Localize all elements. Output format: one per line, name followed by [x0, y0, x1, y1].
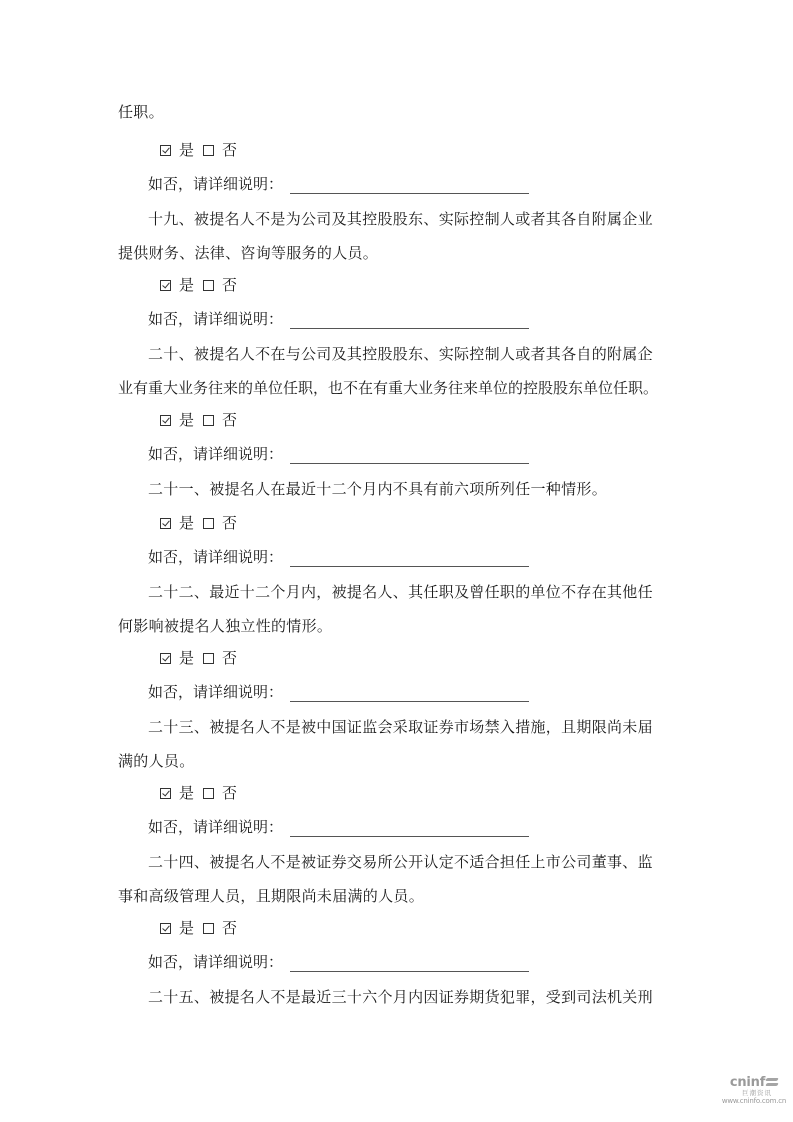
- yes-checkbox-checked-icon[interactable]: [160, 145, 171, 156]
- no-checkbox-icon[interactable]: [203, 653, 214, 664]
- explain-label: 如否，请详细说明：: [148, 444, 283, 464]
- yes-checkbox-checked-icon[interactable]: [160, 653, 171, 664]
- logo-url: www.cninfo.com.cn: [718, 1097, 790, 1106]
- explain-row-20: 如否，请详细说明：: [148, 444, 529, 464]
- no-label: 否: [222, 410, 237, 430]
- explain-label: 如否，请详细说明：: [148, 817, 283, 837]
- item-22-line-1: 二十二、最近十二个月内，被提名人、其任职及曾任职的单位不存在其他任: [148, 582, 713, 602]
- no-checkbox-icon[interactable]: [203, 415, 214, 426]
- item-23-line-2: 满的人员。: [118, 751, 683, 771]
- answer-row-22: 是 否: [160, 648, 246, 668]
- yes-label: 是: [179, 783, 194, 803]
- no-label: 否: [222, 918, 237, 938]
- item-19-line-2: 提供财务、法律、咨询等服务的人员。: [118, 243, 683, 263]
- answer-row-20: 是 否: [160, 410, 246, 430]
- yes-checkbox-checked-icon[interactable]: [160, 518, 171, 529]
- explain-blank-field[interactable]: [290, 956, 529, 972]
- answer-row-23: 是 否: [160, 783, 246, 803]
- answer-row-24: 是 否: [160, 918, 246, 938]
- cninfo-watermark-logo: cninf 巨潮资讯 www.cninfo.com.cn: [718, 1076, 790, 1106]
- yes-label: 是: [179, 140, 194, 160]
- yes-checkbox-checked-icon[interactable]: [160, 415, 171, 426]
- item-22-line-2: 何影响被提名人独立性的情形。: [118, 616, 683, 636]
- explain-row-19: 如否，请详细说明：: [148, 309, 529, 329]
- item-25-line-1: 二十五、被提名人不是最近三十六个月内因证券期货犯罪，受到司法机关刑: [148, 987, 713, 1007]
- paragraph-continuation: 任职。: [118, 102, 683, 122]
- item-20-line-1: 二十、被提名人不在与公司及其控股股东、实际控制人或者其各自的附属企: [148, 344, 713, 364]
- no-label: 否: [222, 783, 237, 803]
- answer-row-19: 是 否: [160, 275, 246, 295]
- item-23-line-1: 二十三、被提名人不是被中国证监会采取证券市场禁入措施，且期限尚未届: [148, 717, 713, 737]
- no-checkbox-icon[interactable]: [203, 788, 214, 799]
- explain-label: 如否，请详细说明：: [148, 682, 283, 702]
- item-24-line-2: 事和高级管理人员，且期限尚未届满的人员。: [118, 886, 683, 906]
- logo-brand: cninf: [718, 1076, 790, 1089]
- yes-label: 是: [179, 275, 194, 295]
- yes-checkbox-checked-icon[interactable]: [160, 788, 171, 799]
- explain-row-23: 如否，请详细说明：: [148, 817, 529, 837]
- yes-checkbox-checked-icon[interactable]: [160, 280, 171, 291]
- yes-label: 是: [179, 648, 194, 668]
- explain-blank-field[interactable]: [290, 313, 529, 329]
- explain-row-24: 如否，请详细说明：: [148, 952, 529, 972]
- explain-row-18: 如否，请详细说明：: [148, 174, 529, 194]
- explain-label: 如否，请详细说明：: [148, 952, 283, 972]
- answer-row-18: 是 否: [160, 140, 246, 160]
- no-checkbox-icon[interactable]: [203, 923, 214, 934]
- yes-label: 是: [179, 410, 194, 430]
- explain-label: 如否，请详细说明：: [148, 547, 283, 567]
- explain-blank-field[interactable]: [290, 686, 529, 702]
- explain-blank-field[interactable]: [290, 178, 529, 194]
- item-21-line-1: 二十一、被提名人在最近十二个月内不具有前六项所列任一种情形。: [148, 479, 713, 499]
- explain-label: 如否，请详细说明：: [148, 174, 283, 194]
- explain-row-21: 如否，请详细说明：: [148, 547, 529, 567]
- no-checkbox-icon[interactable]: [203, 280, 214, 291]
- item-20-line-2: 业有重大业务往来的单位任职，也不在有重大业务往来单位的控股股东单位任职。: [118, 378, 683, 398]
- yes-checkbox-checked-icon[interactable]: [160, 923, 171, 934]
- explain-blank-field[interactable]: [290, 448, 529, 464]
- no-label: 否: [222, 275, 237, 295]
- explain-blank-field[interactable]: [290, 821, 529, 837]
- yes-label: 是: [179, 513, 194, 533]
- item-24-line-1: 二十四、被提名人不是被证券交易所公开认定不适合担任上市公司董事、监: [148, 852, 713, 872]
- explain-label: 如否，请详细说明：: [148, 309, 283, 329]
- yes-label: 是: [179, 918, 194, 938]
- no-label: 否: [222, 648, 237, 668]
- logo-brand-cn: 巨潮资讯: [724, 1089, 790, 1097]
- logo-brand-text: cninf: [730, 1076, 765, 1089]
- cninfo-swirl-icon: [766, 1078, 778, 1087]
- no-checkbox-icon[interactable]: [203, 518, 214, 529]
- no-label: 否: [222, 140, 237, 160]
- explain-blank-field[interactable]: [290, 551, 529, 567]
- no-checkbox-icon[interactable]: [203, 145, 214, 156]
- no-label: 否: [222, 513, 237, 533]
- answer-row-21: 是 否: [160, 513, 246, 533]
- explain-row-22: 如否，请详细说明：: [148, 682, 529, 702]
- item-19-line-1: 十九、被提名人不是为公司及其控股股东、实际控制人或者其各自附属企业: [148, 209, 713, 229]
- document-page: 任职。 是 否 如否，请详细说明： 十九、被提名人不是为公司及其控股股东、实际控…: [0, 0, 793, 1122]
